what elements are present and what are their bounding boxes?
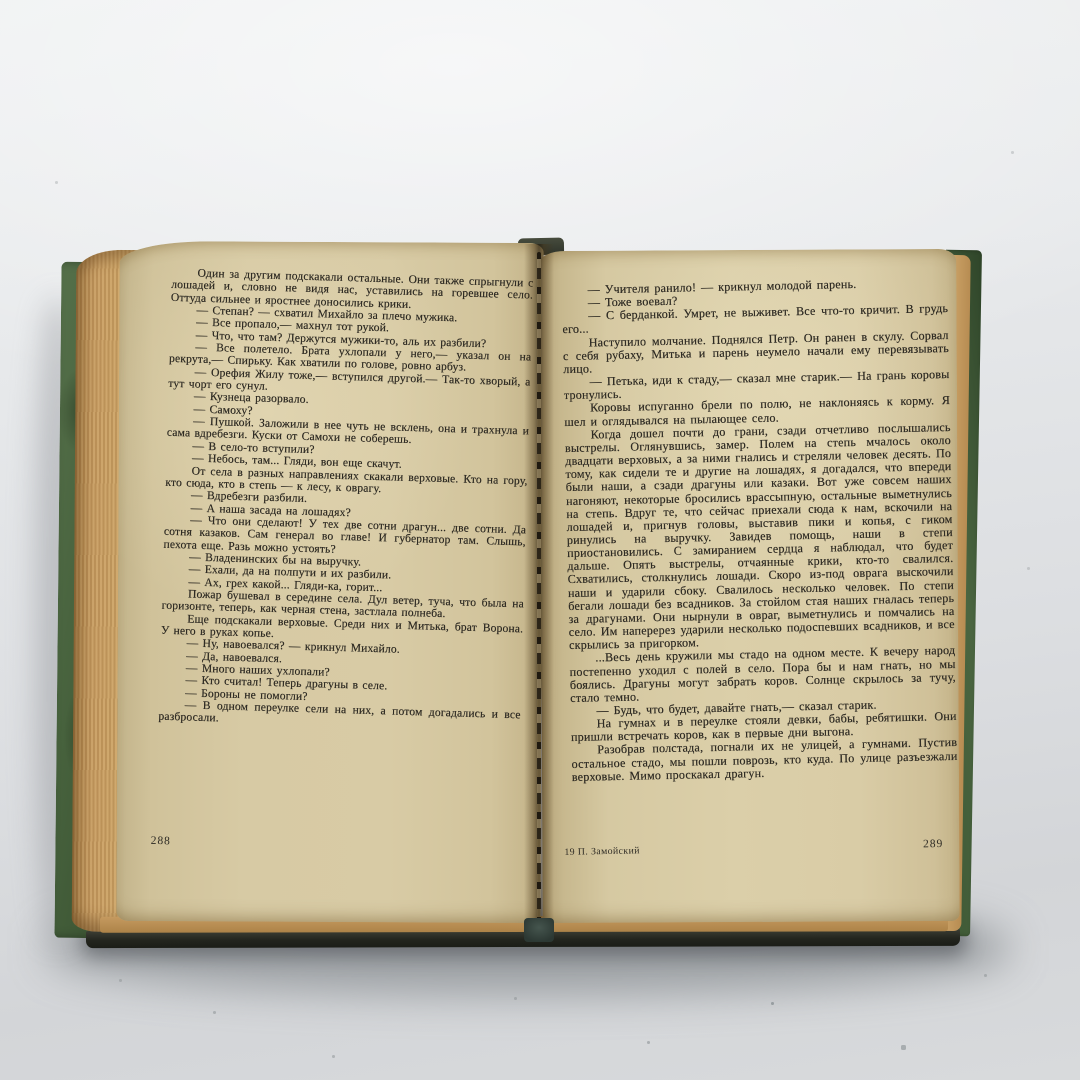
printer-signature-mark: 19 П. Замойский (564, 845, 640, 858)
left-page-number: 288 (150, 835, 171, 848)
photo-scene: Один за другим подскакали остальные. Они… (0, 0, 1080, 1080)
left-page: Один за другим подскакали остальные. Они… (116, 241, 544, 923)
binding-stitches-icon (537, 252, 541, 928)
right-page-number: 289 (923, 838, 943, 850)
right-page-footer: 19 П. Замойский 289 (564, 838, 943, 858)
table-speckles (0, 0, 1, 1)
right-page-text: — Учителя ранило! — крикнул молодой паре… (561, 276, 959, 840)
right-page: — Учителя ранило! — крикнул молодой паре… (539, 249, 960, 923)
left-page-text: Один за другим подскакали остальные. Они… (156, 267, 534, 812)
spine-bottom (524, 918, 554, 942)
paragraph: ...Весь день кружили мы стадо на одном м… (569, 644, 956, 705)
paragraph: Разобрав полстада, погнали их не улицей,… (571, 736, 958, 784)
book-gutter (524, 244, 554, 936)
paragraph: Когда дошел почти до грани, сзади отчетл… (564, 421, 955, 653)
